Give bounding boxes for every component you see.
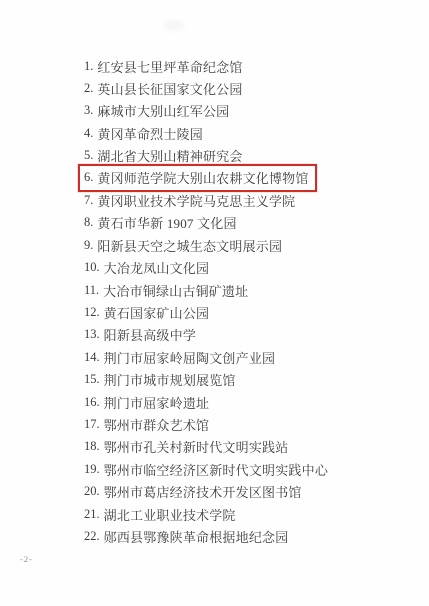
item-text: 阳新县天空之城生态文明展示园 xyxy=(97,236,282,255)
item-text: 英山县长征国家文化公园 xyxy=(97,79,242,98)
item-number: 1. xyxy=(84,59,93,74)
numbered-list: 1. 红安县七里坪革命纪念馆 2. 英山县长征国家文化公园 3. 麻城市大别山红… xyxy=(84,55,328,548)
list-item: 12. 黄石国家矿山公园 xyxy=(84,301,328,323)
item-text: 鄂州市葛店经济技术开发区图书馆 xyxy=(104,482,302,501)
item-text: 麻城市大别山红军公园 xyxy=(97,101,229,120)
highlight-box: 6. 黄冈师范学院大别山农耕文化博物馆 xyxy=(78,164,317,192)
list-item: 9. 阳新县天空之城生态文明展示园 xyxy=(84,234,328,256)
list-item: 8. 黄石市华新 1907 文化园 xyxy=(84,212,328,234)
item-text: 荆门市屈家岭屈陶文创产业园 xyxy=(104,348,276,367)
item-text: 黄冈师范学院大别山农耕文化博物馆 xyxy=(97,168,308,187)
item-text: 黄石市华新 1907 文化园 xyxy=(97,213,236,232)
item-number: 4. xyxy=(84,126,93,141)
list-item: 7. 黄冈职业技术学院马克思主义学院 xyxy=(84,189,328,211)
list-item: 1. 红安县七里坪革命纪念馆 xyxy=(84,55,328,77)
item-number: 20. xyxy=(84,484,100,499)
list-item: 15. 荆门市城市规划展览馆 xyxy=(84,368,328,390)
item-text: 大冶龙凤山文化园 xyxy=(104,258,210,277)
item-number: 3. xyxy=(84,103,93,118)
scanned-document-page: 1. 红安县七里坪革命纪念馆 2. 英山县长征国家文化公园 3. 麻城市大别山红… xyxy=(0,0,429,606)
item-number: 21. xyxy=(84,507,100,522)
item-text: 大冶市铜绿山古铜矿遗址 xyxy=(103,281,248,300)
item-text: 红安县七里坪革命纪念馆 xyxy=(97,57,242,76)
item-number: 19. xyxy=(84,462,100,477)
item-number: 12. xyxy=(84,305,100,320)
list-item: 17. 鄂州市群众艺术馆 xyxy=(84,413,328,435)
item-text: 鄂州市孔关村新时代文明实践站 xyxy=(104,437,289,456)
item-number: 16. xyxy=(84,395,100,410)
page-number: -2- xyxy=(20,554,33,564)
item-number: 11. xyxy=(84,283,99,298)
item-text: 黄冈革命烈士陵园 xyxy=(97,124,203,143)
item-text: 鄂州市群众艺术馆 xyxy=(104,415,210,434)
item-text: 阳新县高级中学 xyxy=(104,325,196,344)
item-text: 荆门市城市规划展览馆 xyxy=(104,370,236,389)
item-number: 13. xyxy=(84,327,100,342)
item-text: 湖北工业职业技术学院 xyxy=(104,505,236,524)
item-number: 15. xyxy=(84,372,100,387)
item-number: 8. xyxy=(84,215,93,230)
item-number: 18. xyxy=(84,439,100,454)
item-text: 湖北省大别山精神研究会 xyxy=(97,146,242,165)
list-item: 21. 湖北工业职业技术学院 xyxy=(84,503,328,525)
list-item: 19. 鄂州市临空经济区新时代文明实践中心 xyxy=(84,458,328,480)
list-item: 16. 荆门市屈家岭遗址 xyxy=(84,391,328,413)
item-number: 2. xyxy=(84,81,93,96)
item-text: 鄂州市临空经济区新时代文明实践中心 xyxy=(104,460,328,479)
item-text: 黄冈职业技术学院马克思主义学院 xyxy=(97,191,295,210)
item-number: 7. xyxy=(84,193,93,208)
list-item: 11. 大冶市铜绿山古铜矿遗址 xyxy=(84,279,328,301)
item-number: 14. xyxy=(84,350,100,365)
item-number: 6. xyxy=(84,170,93,185)
item-number: 5. xyxy=(84,148,93,163)
list-item: 14. 荆门市屈家岭屈陶文创产业园 xyxy=(84,346,328,368)
list-item: 2. 英山县长征国家文化公园 xyxy=(84,77,328,99)
item-text: 黄石国家矿山公园 xyxy=(104,303,210,322)
list-item: 20. 鄂州市葛店经济技术开发区图书馆 xyxy=(84,480,328,502)
item-number: 17. xyxy=(84,417,100,432)
list-item: 22. 郧西县鄂豫陕革命根据地纪念园 xyxy=(84,525,328,547)
list-item: 4. 黄冈革命烈士陵园 xyxy=(84,122,328,144)
item-text: 郧西县鄂豫陕革命根据地纪念园 xyxy=(104,527,289,546)
list-item: 18. 鄂州市孔关村新时代文明实践站 xyxy=(84,436,328,458)
list-item: 3. 麻城市大别山红军公园 xyxy=(84,100,328,122)
item-number: 10. xyxy=(84,260,100,275)
item-text: 荆门市屈家岭遗址 xyxy=(104,393,210,412)
list-item: 10. 大冶龙凤山文化园 xyxy=(84,257,328,279)
scan-artifact xyxy=(163,20,185,31)
list-item: 13. 阳新县高级中学 xyxy=(84,324,328,346)
item-number: 22. xyxy=(84,529,100,544)
item-number: 9. xyxy=(84,238,93,253)
list-item-highlighted: 6. 黄冈师范学院大别山农耕文化博物馆 xyxy=(84,167,328,189)
